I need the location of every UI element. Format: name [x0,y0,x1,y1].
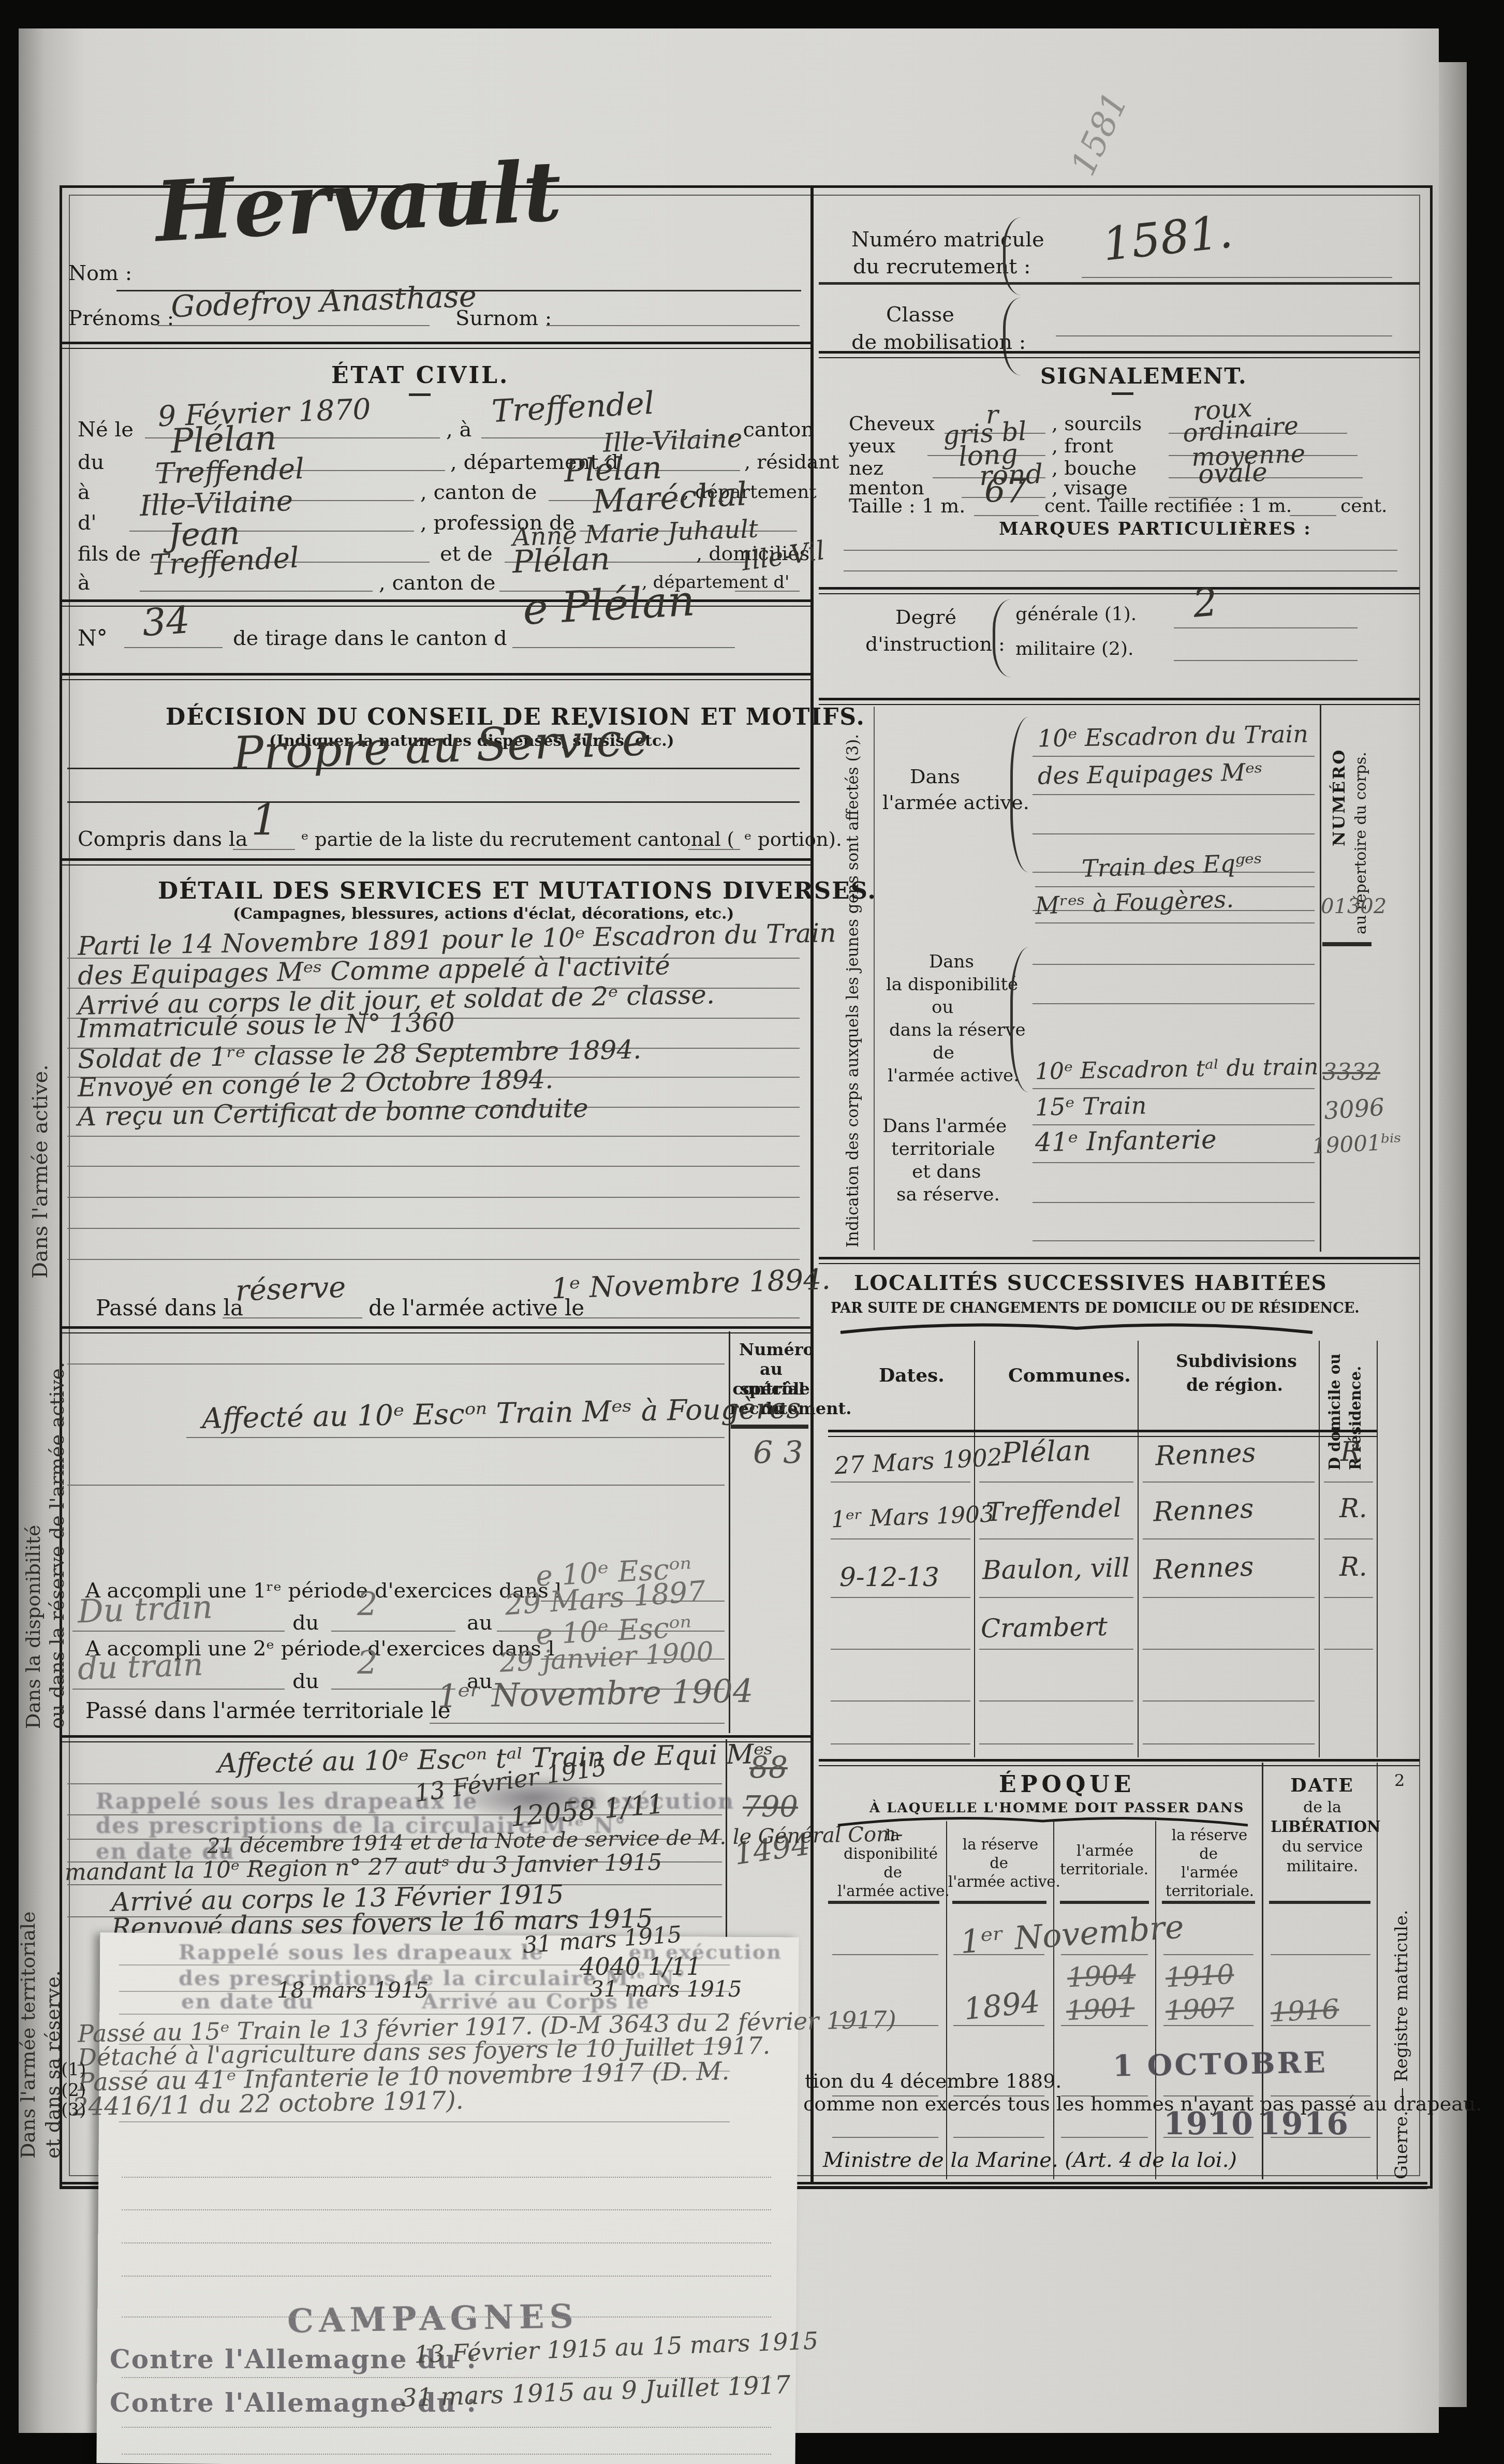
epoque-1916: 1916 [1270,1994,1340,2029]
ruled-line [953,2095,1044,2096]
degre-label-1: Degré [895,606,956,628]
cent-label: cent. [1340,495,1388,517]
au-label: au [467,1611,493,1635]
periode2-day: 2 [357,1644,377,1681]
divider [819,587,1420,594]
ruled-line [974,515,1039,516]
table-line [1319,1341,1320,1757]
du-label: du [292,1611,319,1635]
corps-active-label-2: l'armée active. [882,791,1029,814]
compris-label: Compris dans la [78,827,247,851]
controle-value: 63 [753,1435,813,1471]
header-underline [1269,1901,1370,1904]
footnote-marker: (3) [61,2100,86,2120]
nom-label: Nom : [68,261,132,285]
fils-de-label: fils de [78,542,141,566]
corps-dispo-number: 01302 [1321,894,1387,918]
epoque-col1: l'armée active. [837,1882,941,1900]
ruled-line [122,2242,771,2243]
epoque-col2: la réserve [962,1836,1039,1853]
canton-label: , canton [730,418,814,442]
ruled-line [1033,833,1315,834]
ruled-line [1033,1088,1315,1089]
brace-swoosh [838,1319,1315,1337]
epoque-col4: de [1196,1845,1221,1862]
corps-terr-label: Dans l'armée [882,1116,1007,1137]
residant-label: , résidant [744,450,839,473]
margin-caption: Guerre. — Registre matricule. [1391,1843,1412,2179]
localites-subtitle: PAR SUITE DE CHANGEMENTS DE DOMICILE OU … [831,1300,1360,1316]
tirage-canton: e Plélan [522,576,696,634]
corps-dispo-label: l'armée active. [888,1065,1019,1086]
ruled-line [1271,1954,1370,1955]
corps-side-label: Indication des corps auxquels les jeunes… [844,709,862,1248]
corps-terr-number: 19001ᵇⁱˢ [1311,1129,1402,1159]
ruled-line [331,1631,455,1632]
epoque-col2: l'armée active. [948,1873,1052,1890]
taille-value: 67 [984,472,1026,510]
generale-value: 2 [1191,580,1219,626]
corps-active-label-1: Dans [910,765,960,788]
ruled-line [831,1597,970,1598]
ruled-line [1271,2025,1370,2026]
repertoire-label-1: NUMÉRO [1329,717,1349,846]
sourcils-label: , sourcils [1052,412,1142,435]
footnote-marker: (2) [61,2080,86,2101]
localite-subdiv: Rennes [1153,1493,1254,1528]
header-underline [1162,1901,1255,1904]
ruled-line [1163,2095,1254,2096]
ruled-line [67,768,800,769]
ruled-line [1061,2095,1148,2096]
divider [60,858,810,866]
stamp-1-octobre: 1 OCTOBRE [1112,2045,1328,2083]
stamp-1916: 1916 [1259,2106,1349,2142]
divider [819,1257,1420,1264]
epoque-col2: de [986,1854,1012,1872]
ruled-line [1033,1162,1315,1163]
prenoms-label: Prénoms : [68,306,174,330]
ruled-line [1061,1954,1148,1955]
col-communes: Communes. [1008,1365,1131,1386]
campagnes-title: CAMPAGNES [287,2297,579,2341]
profession-value: Maréchal [592,475,748,521]
ruled-line [119,2121,730,2122]
side-label-territoriale-1: Dans l'armée territoriale [17,1755,39,2159]
epoque-col1: disponibilité [844,1845,937,1862]
corps-active-value-2: des Equipages Mᵉˢ [1038,758,1263,790]
corps-terr-entry: 41ᵉ Infanterie [1035,1124,1217,1157]
ruled-line [832,1954,938,1955]
compris-label-2: ᵉ partie de la liste du recrutement cant… [301,828,734,850]
ruled-line [223,1317,362,1318]
ruled-line [233,849,295,850]
ruled-line [844,550,1397,551]
epoque-1904: 1904 [1067,1959,1137,1994]
ruled-line [122,2316,771,2318]
ruled-line [979,1482,1133,1483]
ruled-line [1143,1700,1315,1702]
date-liberation-header: du service [1271,1838,1374,1856]
ruled-line [512,647,735,648]
table-line [974,1341,975,1757]
localite-commune: Baulon, vill [982,1553,1130,1586]
classe-label-1: Classe [886,303,954,327]
epoque-title: ÉPOQUE [999,1771,1135,1798]
col-dates: Dates. [879,1365,945,1386]
numero-label: N° [78,625,108,651]
ruled-line [1174,660,1358,661]
divider [60,673,810,680]
ruled-line [1033,1003,1315,1004]
ruled-line [832,2137,938,2138]
localite-commune: Plélan [1001,1433,1092,1470]
ruled-line [979,1597,1133,1598]
a-label: à [78,480,90,504]
ruled-line [1033,964,1315,965]
corps-terr-label: sa réserve. [896,1184,1000,1205]
et-de-label: et de [440,542,493,566]
ruled-line [1174,627,1358,628]
stamp-1910: 1910 [1163,2106,1254,2142]
ruled-line [979,1743,1133,1744]
signalement-title: SIGNALEMENT. [1040,363,1247,389]
ruled-line [124,647,223,648]
epoque-1901: 1901 [1066,1992,1136,2027]
periode2-unit: du train [77,1647,204,1687]
table-line [946,1821,947,2179]
epoque-1907: 1907 [1165,1992,1235,2027]
ruled-line [1061,2137,1148,2138]
compris-value: 1 [251,796,278,845]
localite-dr: R. [1339,1493,1367,1523]
controle-header: Numéro [739,1340,812,1359]
ne-le-label: Né le [78,418,134,442]
corps-terr-entry: 15ᵉ Train [1035,1091,1147,1121]
rappel2-endate-value: 18 mars 1915 [277,1977,429,2003]
epoque-col4: l'armée [1176,1864,1243,1881]
prenoms-underline [158,325,430,326]
date-liberation-header: de la [1271,1798,1374,1816]
ruled-line [953,2025,1044,2026]
ruled-line [1163,1954,1254,1955]
header-underline [952,1901,1046,1904]
localite-commune: Crambert [981,1611,1108,1644]
margin-number: 790 [743,1790,798,1824]
corps-terr-number: 3096 [1323,1093,1385,1125]
title-dash [409,393,431,396]
side-label-disponibilite-2: ou dans la réserve de l'armée active. [46,1336,68,1729]
ruled-line [688,849,740,850]
yeux-label: yeux [849,434,895,457]
militaire-label: militaire (2). [1015,638,1134,659]
canton-de-label: , canton de [379,571,495,595]
epoque-col3: territoriale. [1060,1860,1148,1878]
ruled-line [67,1166,800,1167]
table-line [1377,1341,1378,1757]
ruled-line [1324,1538,1373,1539]
epoque-col4: la réserve [1171,1826,1248,1844]
tirage-number: 34 [141,598,191,644]
services-title: DÉTAIL DES SERVICES ET MUTATIONS DIVERSE… [158,877,877,904]
generale-label: générale (1). [1015,604,1137,625]
periode1-day: 2 [357,1585,377,1623]
corps-dispo-label: de [933,1043,954,1063]
ruled-line [979,1538,1133,1539]
ruled-line [844,570,1397,571]
page-edge-strip [1439,62,1467,2407]
header-underline [828,1430,1377,1437]
ruled-line [831,1649,970,1650]
ruled-line [67,1259,800,1260]
ruled-line [953,2137,1044,2138]
ruled-line [122,2276,771,2277]
ruled-line [122,2427,771,2428]
ruled-line [1082,277,1392,278]
services-subtitle: (Campagnes, blessures, actions d'éclat, … [233,905,734,923]
ruled-line [122,2454,771,2455]
du-label: du [292,1669,319,1693]
du-label: du [78,450,104,474]
col-subdivisions-1: Subdivisions [1176,1351,1297,1371]
divider [60,342,810,349]
epoque-col4: territoriale. [1166,1882,1254,1900]
table-line [1155,1821,1156,2179]
ruled-line [122,2177,771,2178]
localites-title: LOCALITÉS SUCCESSIVES HABITÉES [854,1271,1328,1295]
divider [819,1759,1420,1766]
corps-dispo-label: la disponibilité [886,974,1018,995]
periode1-unit: Du train [77,1588,213,1630]
ruled-line [831,1482,970,1483]
corps-dispo-label: dans la réserve [889,1020,1026,1040]
date-liberation-header: DATE [1271,1774,1374,1796]
ruled-line [1143,1649,1315,1650]
repertoire-column-line [1320,704,1321,1252]
ruled-line [831,1700,970,1702]
ruled-line [67,1783,722,1784]
taille-rectifiee-label: cent. Taille rectifiée : 1 m. [1044,495,1292,517]
localite-subdiv: Rennes [1155,1438,1256,1472]
ruled-line [1061,2025,1148,2026]
front-label: , front [1052,434,1113,457]
a-label: à [78,571,90,595]
rappel2-arrive-date: 31 mars 1915 [590,1976,742,2002]
ruled-line [979,1700,1133,1702]
epoque-1910: 1910 [1165,1959,1235,1994]
ruled-line [1033,756,1315,757]
corps-dispo-label: ou [932,997,953,1018]
ruled-line [1033,794,1315,795]
canton-de-label: , canton de [420,480,537,504]
localite-commune: Treffendel [985,1492,1122,1527]
date-liberation-header: LIBÉRATION [1271,1818,1374,1836]
ruled-line [67,801,800,803]
surnom-underline [546,325,800,326]
ruled-line [67,1363,725,1365]
corps-active-value-1: 10ᵉ Escadron du Train [1038,720,1309,752]
divider [60,1326,810,1333]
localite-dr: R. [1339,1552,1367,1582]
compris-label-3: ᵉ portion). [744,828,842,850]
footer-text-1: tion du 4 décembre 1889. [805,2070,1061,2092]
corps-terr-label: territoriale [891,1138,995,1160]
corps-side-line [874,707,875,1250]
ruled-line [1290,515,1336,516]
ruled-line [831,1538,970,1539]
ruled-line [1035,922,1315,923]
tirage-label: de tirage dans le canton d [233,626,507,650]
repertoire-mark [1322,942,1372,946]
table-line [1138,1341,1139,1757]
degre-label-2: d'instruction : [865,633,1005,655]
visage-value: ovale [1198,457,1268,490]
ruled-line [1324,1482,1373,1483]
epoque-col3: l'armée [1071,1842,1139,1859]
ruled-line [122,2209,771,2210]
ruled-line [979,1649,1133,1650]
epoque-col1: de [880,1864,906,1881]
ruled-line [67,1197,800,1198]
a-label: , à [446,418,471,442]
date-liberation-header: militaire. [1271,1857,1374,1875]
corps-dispo-label: Dans [929,951,974,972]
rappel2-stamp: Rappelé sous les drapeaux le [179,1940,544,1964]
ruled-line [140,591,373,592]
taille-label: Taille : 1 m. [849,494,965,517]
surnom-label: Surnom : [455,306,552,330]
corps-terr-number: 3332 [1322,1059,1380,1086]
ruled-line [1143,1538,1315,1539]
marques-label: MARQUES PARTICULIÈRES : [999,519,1311,539]
ruled-line [538,1317,800,1318]
localite-date: 9-12-13 [839,1562,939,1592]
side-label-disponibilite-1: Dans la disponibilité [22,1336,45,1729]
margin-caption-number: 2 [1394,1770,1405,1790]
ruled-line [735,591,800,592]
passe-territoriale-label: Passé dans l'armée territoriale le [85,1698,451,1723]
header-underline [1060,1901,1149,1904]
header-underline [828,1901,939,1904]
epoque-col1: la [880,1826,906,1844]
cheveux-label: Cheveux [849,412,935,435]
ruled-line [1033,1240,1315,1241]
etat-civil-title: ÉTAT CIVIL. [331,362,509,389]
ruled-line [1324,1649,1373,1650]
ruled-line [430,1723,725,1724]
ruled-line [1143,1482,1315,1483]
localite-dr: R [1340,1436,1361,1468]
footer-text-3: Ministre de la Marine. (Art. 4 de la loi… [823,2148,1237,2172]
ruled-line [832,2095,938,2096]
side-label-armee-active: Dans l'armée active. [28,958,52,1279]
ruled-line [1324,1597,1373,1598]
ruled-line [186,1437,725,1438]
localite-subdiv: Rennes [1153,1551,1254,1586]
ruled-line [1271,2095,1370,2096]
corps-terr-entry: 10ᵉ Escadron tᵃˡ du train [1035,1053,1319,1085]
passe-reserve-value: réserve [235,1270,346,1308]
footnote-marker: (1) [61,2059,86,2080]
passe-reserve-label: Passé dans la [96,1295,243,1321]
ruled-line [72,1689,285,1690]
ruled-line [1056,335,1392,336]
divider [819,351,1420,358]
ruled-line [67,1228,800,1229]
canton3-value: Plélan [512,541,611,581]
passe-territoriale-value: 1ᵉʳ Novembre 1904 [437,1672,753,1715]
ruled-line [67,1136,800,1137]
ruled-line [1033,1202,1315,1203]
scanned-register-page: 1581 Hervault Nom : Prénoms : Godefroy A… [0,0,1504,2464]
ruled-line [1163,2025,1254,2026]
ruled-line [1143,1597,1315,1598]
title-dash [1112,392,1133,395]
divider [819,698,1420,705]
ruled-line [72,1631,285,1632]
col-subdivisions-2: de région. [1186,1375,1283,1395]
ruled-line [1143,1743,1315,1744]
corps-terr-label: et dans [912,1161,981,1182]
ruled-line [67,1485,725,1486]
d-label: d' [78,511,97,535]
ruled-line [831,1743,970,1744]
divider [819,282,1420,285]
